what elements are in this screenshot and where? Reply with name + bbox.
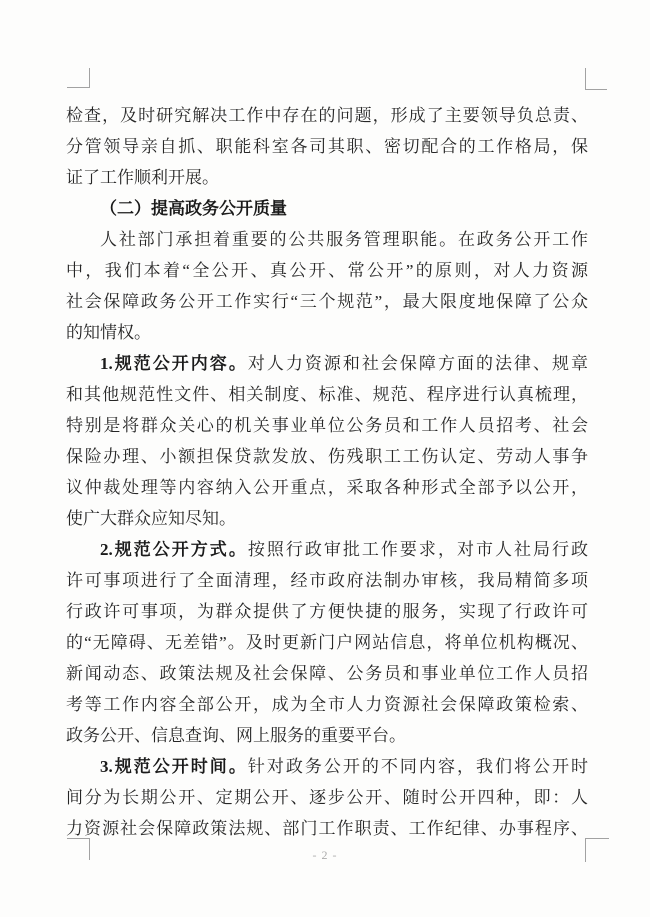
text-line: 力资源社会保障政策法规、部门工作职责、工作纪律、办事程序、 bbox=[66, 813, 588, 844]
body-text: 按照行政审批工作要求，对市人社局行政 bbox=[248, 540, 588, 559]
text-line: 检查，及时研究解决工作中存在的问题，形成了主要领导负总责、 bbox=[66, 100, 588, 131]
body-text: 行政许可事项，为群众提供了方便快捷的服务，实现了行政许可 bbox=[66, 602, 588, 621]
text-line: 的知情权。 bbox=[66, 317, 588, 348]
text-line: 考等工作内容全部公开，成为全市人力资源社会保障政策检索、 bbox=[66, 689, 588, 720]
body-text: 人社部门承担着重要的公共服务管理职能。在政务公开工作 bbox=[100, 230, 588, 249]
bold-lead-text: 2.规范公开方式。 bbox=[100, 540, 248, 559]
body-text: 保险办理、小额担保贷款发放、伤残职工工伤认定、劳动人事争 bbox=[66, 447, 588, 466]
crop-mark-top-right-icon bbox=[585, 68, 607, 90]
text-line: 的“无障碍、无差错”。及时更新门户网站信息，将单位机构概况、 bbox=[66, 627, 588, 658]
body-text: 证了工作顺利开展。 bbox=[66, 168, 219, 187]
text-line: 分管领导亲自抓、职能科室各司其职、密切配合的工作格局，保 bbox=[66, 131, 588, 162]
body-text: 新闻动态、政策法规及社会保障、公务员和事业单位工作人员招 bbox=[66, 664, 588, 683]
text-line: 3.规范公开时间。针对政务公开的不同内容，我们将公开时 bbox=[66, 751, 588, 782]
body-text: 议仲裁处理等内容纳入公开重点，采取各种形式全部予以公开， bbox=[66, 478, 588, 497]
body-text: 的“无障碍、无差错”。及时更新门户网站信息，将单位机构概况、 bbox=[66, 633, 588, 652]
bold-lead-text: 1.规范公开内容。 bbox=[100, 354, 248, 373]
bold-lead-text: （二）提高政务公开质量 bbox=[100, 199, 287, 218]
text-line: 保险办理、小额担保贷款发放、伤残职工工伤认定、劳动人事争 bbox=[66, 441, 588, 472]
text-line: 行政许可事项，为群众提供了方便快捷的服务，实现了行政许可 bbox=[66, 596, 588, 627]
document-page: 检查，及时研究解决工作中存在的问题，形成了主要领导负总责、分管领导亲自抓、职能科… bbox=[0, 0, 650, 917]
text-line: 人社部门承担着重要的公共服务管理职能。在政务公开工作 bbox=[66, 224, 588, 255]
body-text: 针对政务公开的不同内容，我们将公开时 bbox=[248, 757, 588, 776]
body-text: 的知情权。 bbox=[66, 323, 151, 342]
body-text: 和其他规范性文件、相关制度、标准、规范、程序进行认真梳理， bbox=[66, 385, 588, 404]
body-text: 政务公开、信息查询、网上服务的重要平台。 bbox=[66, 726, 406, 745]
text-line: 特别是将群众关心的机关事业单位公务员和工作人员招考、社会 bbox=[66, 410, 588, 441]
body-text: 对人力资源和社会保障方面的法律、规章 bbox=[248, 354, 588, 373]
text-line: 使广大群众应知尽知。 bbox=[66, 503, 588, 534]
text-line: 社会保障政务公开工作实行“三个规范”，最大限度地保障了公众 bbox=[66, 286, 588, 317]
body-text: 分管领导亲自抓、职能科室各司其职、密切配合的工作格局，保 bbox=[66, 137, 588, 156]
page-number: - 2 - bbox=[0, 848, 650, 863]
text-line: 许可事项进行了全面清理，经市政府法制办审核，我局精简多项 bbox=[66, 565, 588, 596]
text-line: 议仲裁处理等内容纳入公开重点，采取各种形式全部予以公开， bbox=[66, 472, 588, 503]
body-text: 使广大群众应知尽知。 bbox=[66, 509, 236, 528]
body-text: 检查，及时研究解决工作中存在的问题，形成了主要领导负总责、 bbox=[66, 106, 588, 125]
body-text: 特别是将群众关心的机关事业单位公务员和工作人员招考、社会 bbox=[66, 416, 588, 435]
text-line: 新闻动态、政策法规及社会保障、公务员和事业单位工作人员招 bbox=[66, 658, 588, 689]
body-text: 间分为长期公开、定期公开、逐步公开、随时公开四种，即：人 bbox=[66, 788, 588, 807]
body-text: 力资源社会保障政策法规、部门工作职责、工作纪律、办事程序、 bbox=[66, 819, 588, 838]
body-text: 社会保障政务公开工作实行“三个规范”，最大限度地保障了公众 bbox=[66, 292, 588, 311]
text-line: 和其他规范性文件、相关制度、标准、规范、程序进行认真梳理， bbox=[66, 379, 588, 410]
crop-mark-top-left-icon bbox=[67, 68, 90, 88]
bold-lead-text: 3.规范公开时间。 bbox=[100, 757, 248, 776]
text-line: 2.规范公开方式。按照行政审批工作要求，对市人社局行政 bbox=[66, 534, 588, 565]
text-line: 证了工作顺利开展。 bbox=[66, 162, 588, 193]
section-heading: （二）提高政务公开质量 bbox=[66, 193, 588, 224]
text-line: 中，我们本着“全公开、真公开、常公开”的原则，对人力资源 bbox=[66, 255, 588, 286]
text-line: 间分为长期公开、定期公开、逐步公开、随时公开四种，即：人 bbox=[66, 782, 588, 813]
body-text: 许可事项进行了全面清理，经市政府法制办审核，我局精简多项 bbox=[66, 571, 588, 590]
text-line: 1.规范公开内容。对人力资源和社会保障方面的法律、规章 bbox=[66, 348, 588, 379]
body-text: 考等工作内容全部公开，成为全市人力资源社会保障政策检索、 bbox=[66, 695, 588, 714]
body-text: 中，我们本着“全公开、真公开、常公开”的原则，对人力资源 bbox=[66, 261, 588, 280]
text-line: 政务公开、信息查询、网上服务的重要平台。 bbox=[66, 720, 588, 751]
document-body: 检查，及时研究解决工作中存在的问题，形成了主要领导负总责、分管领导亲自抓、职能科… bbox=[66, 100, 588, 844]
